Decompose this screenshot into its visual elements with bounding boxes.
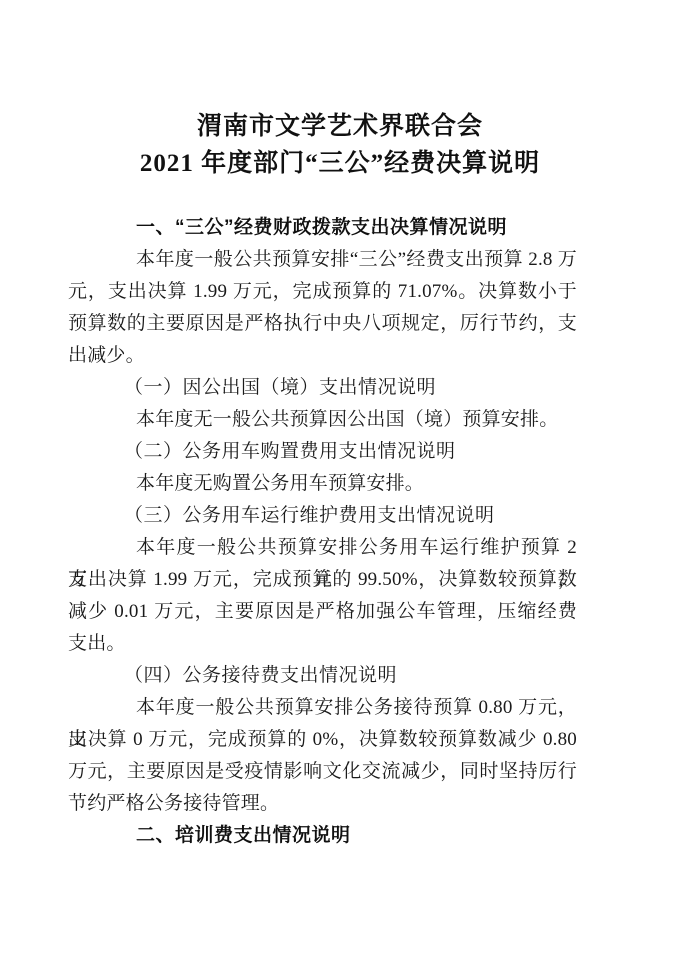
doc-line: 出减少。 [68,340,577,372]
section-heading: 一、“三公”经费财政拨款支出决算情况说明 [68,212,577,244]
doc-line: 元，支出决算 1.99 万元，完成预算的 71.07%。决算数小于 [68,276,577,308]
subsection-heading: （一）因公出国（境）支出情况说明 [68,372,577,404]
doc-line: 出决算 0 万元，完成预算的 0%，决算数较预算数减少 0.80 [68,724,577,756]
doc-line: 本年度一般公共预算安排“三公”经费支出预算 2.8 万 [68,244,577,276]
document-title-line2: 2021 年度部门“三公”经费决算说明 [0,145,680,182]
doc-line: 万元，主要原因是受疫情影响文化交流减少，同时坚持厉行 [68,756,577,788]
document-body: 一、“三公”经费财政拨款支出决算情况说明本年度一般公共预算安排“三公”经费支出预… [68,212,577,852]
subsection-heading: （二）公务用车购置费用支出情况说明 [68,436,577,468]
subsection-heading: （三）公务用车运行维护费用支出情况说明 [68,500,577,532]
doc-line: 支出。 [68,628,577,660]
subsection-heading: （四）公务接待费支出情况说明 [68,660,577,692]
doc-line: 预算数的主要原因是严格执行中央八项规定，厉行节约，支 [68,308,577,340]
document-page: 渭南市文学艺术界联合会 2021 年度部门“三公”经费决算说明 一、“三公”经费… [0,0,680,962]
doc-line: 本年度一般公共预算安排公务接待预算 0.80 万元，支 [68,692,577,724]
doc-line: 节约严格公务接待管理。 [68,788,577,820]
doc-line: 本年度无购置公务用车预算安排。 [68,468,577,500]
document-title-line1: 渭南市文学艺术界联合会 [0,108,680,145]
doc-line: 支出决算 1.99 万元，完成预算的 99.50%，决算数较预算数 [68,564,577,596]
section-heading: 二、培训费支出情况说明 [68,820,577,852]
doc-line: 本年度一般公共预算安排公务用车运行维护预算 2 万元， [68,532,577,564]
doc-line: 本年度无一般公共预算因公出国（境）预算安排。 [68,404,577,436]
document-title: 渭南市文学艺术界联合会 2021 年度部门“三公”经费决算说明 [0,0,680,182]
doc-line: 减少 0.01 万元，主要原因是严格加强公车管理，压缩经费 [68,596,577,628]
